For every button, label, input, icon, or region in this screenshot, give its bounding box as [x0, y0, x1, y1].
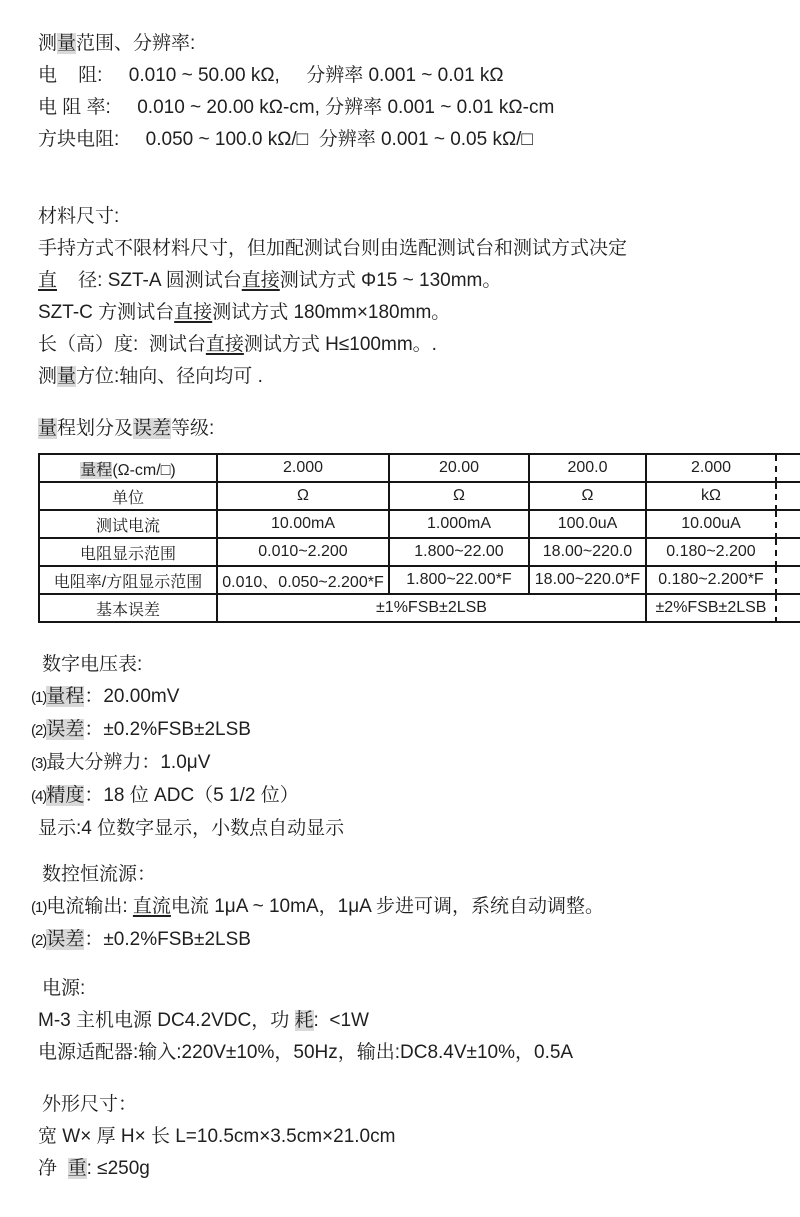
range-cell: 200.0	[530, 455, 647, 483]
range-cell: 20.00	[390, 455, 530, 483]
rho-display-cell: 0.180~2.200*F	[647, 567, 777, 595]
voltmeter-range-line: (1)量程：20.00mV	[31, 681, 800, 714]
clipped-cell	[777, 483, 800, 511]
material-note-line: 手持方式不限材料尺寸，但加配测试台则由选配测试台和测试方式决定	[38, 233, 800, 265]
error-merged-cell: ±1%FSB±2LSB	[218, 595, 647, 623]
rho-display-cell: 18.00~220.0*F	[530, 567, 647, 595]
res-display-cell: 1.800~22.00	[390, 539, 530, 567]
voltmeter-display-line: 显示:4 位数字显示，小数点自动显示	[38, 813, 800, 845]
power-section-heading: 电源:	[38, 973, 800, 1005]
current-source-output-line: (1)电流输出: 直流电流 1μA ~ 10mA，1μA 步进可调，系统自动调整…	[31, 891, 800, 924]
error-cell: ±2%FSB±2LSB	[647, 595, 777, 623]
rho-display-label-cell: 电阻率/方阻显示范围	[40, 567, 218, 595]
dimensions-section-heading: 外形尺寸：	[38, 1089, 800, 1121]
sheet-resistance-range-line: 方块电阻: 0.050 ~ 100.0 kΩ/□ 分辨率 0.001 ~ 0.0…	[38, 124, 800, 156]
resistivity-range-line: 电 阻 率: 0.010 ~ 20.00 kΩ-cm, 分辨率 0.001 ~ …	[38, 92, 800, 124]
table-row-resistance-display: 电阻显示范围 0.010~2.200 1.800~22.00 18.00~220…	[40, 539, 800, 567]
res-display-cell: 18.00~220.0	[530, 539, 647, 567]
current-label-cell: 测试电流	[40, 511, 218, 539]
current-cell: 10.00uA	[647, 511, 777, 539]
table-row-resistivity-display: 电阻率/方阻显示范围 0.010、0.050~2.200*F 1.800~22.…	[40, 567, 800, 595]
clipped-cell	[777, 567, 800, 595]
spec-table-wrapper: 量程(Ω-cm/□) 2.000 20.00 200.0 2.000 单位 Ω …	[38, 453, 800, 623]
range-table-heading: 量程划分及误差等级:	[38, 413, 800, 445]
clipped-cell	[777, 511, 800, 539]
height-line: 长（高）度: 测试台直接测试方式 H≤100mm。.	[38, 329, 800, 361]
unit-cell: kΩ	[647, 483, 777, 511]
voltmeter-resolution-line: (3)最大分辨力：1.0μV	[31, 747, 800, 780]
resistance-range-line: 电 阻: 0.010 ~ 50.00 kΩ, 分辨率 0.001 ~ 0.01 …	[38, 60, 800, 92]
current-source-error-line: (2)误差：±0.2%FSB±2LSB	[31, 924, 800, 957]
table-row-basic-error: 基本误差 ±1%FSB±2LSB ±2%FSB±2LSB	[40, 595, 800, 623]
unit-label-cell: 单位	[40, 483, 218, 511]
unit-cell: Ω	[530, 483, 647, 511]
spec-document: 测量范围、分辨率: 电 阻: 0.010 ~ 50.00 kΩ, 分辨率 0.0…	[0, 0, 800, 1185]
current-cell: 1.000mA	[390, 511, 530, 539]
spec-table: 量程(Ω-cm/□) 2.000 20.00 200.0 2.000 单位 Ω …	[38, 453, 800, 623]
res-display-label-cell: 电阻显示范围	[40, 539, 218, 567]
range-label-cell: 量程(Ω-cm/□)	[40, 455, 218, 483]
range-cell: 2.000	[218, 455, 390, 483]
current-cell: 100.0uA	[530, 511, 647, 539]
res-display-cell: 0.010~2.200	[218, 539, 390, 567]
table-row-test-current: 测试电流 10.00mA 1.000mA 100.0uA 10.00uA	[40, 511, 800, 539]
clipped-cell	[777, 455, 800, 483]
range-cell: 2.000	[647, 455, 777, 483]
current-cell: 10.00mA	[218, 511, 390, 539]
rho-display-cell: 1.800~22.00*F	[390, 567, 530, 595]
rho-display-cell: 0.010、0.050~2.200*F	[218, 567, 390, 595]
table-row-range: 量程(Ω-cm/□) 2.000 20.00 200.0 2.000	[40, 455, 800, 483]
square-stage-line: SZT-C 方测试台直接测试方式 180mm×180mm。	[38, 297, 800, 329]
material-section-heading: 材料尺寸:	[38, 201, 800, 233]
power-host-line: M-3 主机电源 DC4.2VDC，功 耗: <1W	[38, 1005, 800, 1037]
power-adapter-line: 电源适配器:输入:220V±10%，50Hz，输出:DC8.4V±10%，0.5…	[38, 1037, 800, 1069]
orientation-line: 测量方位:轴向、径向均可 .	[38, 361, 800, 393]
dimensions-weight-line: 净 重: ≤250g	[38, 1153, 800, 1185]
voltmeter-precision-line: (4)精度：18 位 ADC（5 1/2 位）	[31, 780, 800, 813]
diameter-line: 直 径: SZT-A 圆测试台直接测试方式 Φ15 ~ 130mm。	[38, 265, 800, 297]
unit-cell: Ω	[390, 483, 530, 511]
clipped-cell	[777, 539, 800, 567]
clipped-cell	[777, 595, 800, 623]
dimensions-size-line: 宽 W× 厚 H× 长 L=10.5cm×3.5cm×21.0cm	[38, 1121, 800, 1153]
voltmeter-error-line: (2)误差：±0.2%FSB±2LSB	[31, 714, 800, 747]
table-row-unit: 单位 Ω Ω Ω kΩ	[40, 483, 800, 511]
res-display-cell: 0.180~2.200	[647, 539, 777, 567]
measurement-section-heading: 测量范围、分辨率:	[38, 28, 800, 60]
current-source-section-heading: 数控恒流源：	[38, 859, 800, 891]
unit-cell: Ω	[218, 483, 390, 511]
error-label-cell: 基本误差	[40, 595, 218, 623]
voltmeter-section-heading: 数字电压表:	[38, 649, 800, 681]
